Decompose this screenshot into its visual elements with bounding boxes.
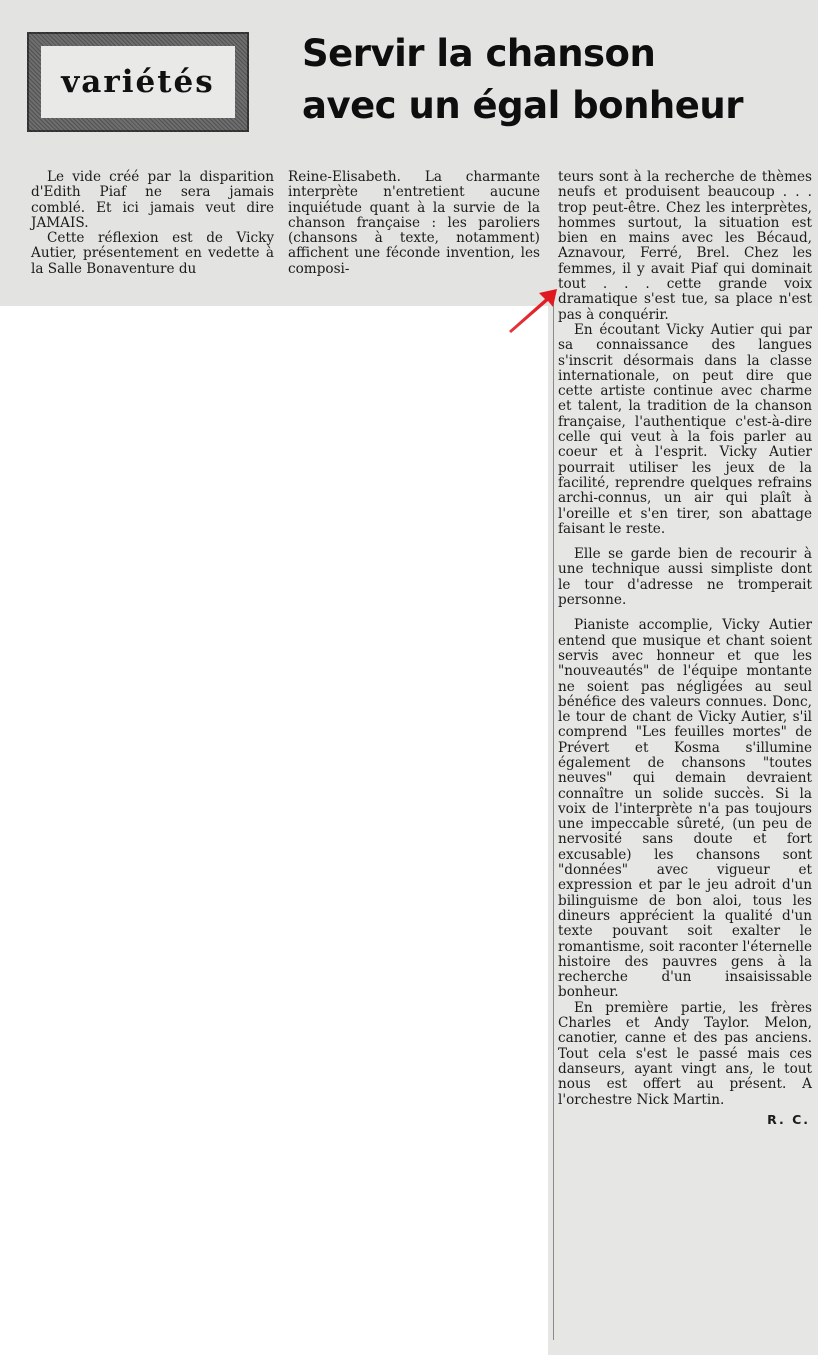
paragraph: En écoutant Vicky Autier qui par sa conn… [558,323,812,537]
headline-line-2: avec un égal bonheur [302,80,812,132]
article-column-2: Reine-Elisabeth. La charmante interprète… [288,170,540,277]
continuation-arrow-icon [505,285,565,335]
paragraph: Elle se garde bien de recourir à une tec… [558,547,812,608]
paragraph: Reine-Elisabeth. La charmante interprète… [288,170,540,277]
headline-line-1: Servir la chanson [302,28,812,80]
paragraph: teurs sont à la recherche de thèmes neuf… [558,170,812,323]
column-rule [553,300,554,1340]
paragraph: Cette réflexion est de Vicky Autier, pré… [31,231,274,277]
paragraph: Pianiste accomplie, Vicky Autier entend … [558,618,812,1000]
section-rubric-box: variétés [27,32,249,132]
article-column-1: Le vide créé par la disparition d'Edith … [31,170,274,277]
paragraph: En première partie, les frères Charles e… [558,1001,812,1108]
article-headline: Servir la chanson avec un égal bonheur [302,28,812,132]
article-column-3: teurs sont à la recherche de thèmes neuf… [558,170,812,1127]
section-rubric-label: variétés [61,64,214,100]
paragraph: Le vide créé par la disparition d'Edith … [31,170,274,231]
author-signature: R. C. [558,1112,812,1127]
